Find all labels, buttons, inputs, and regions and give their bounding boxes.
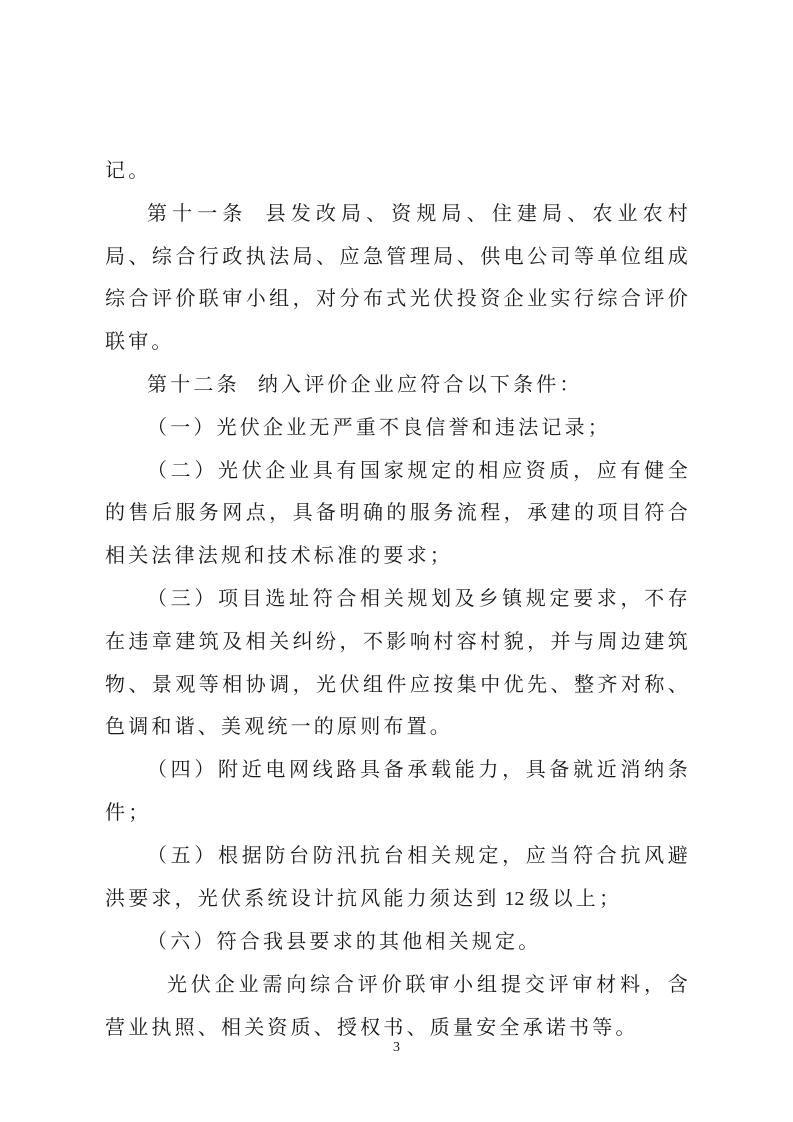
condition-text-tail: 级以上；: [529, 886, 622, 910]
document-page: 记。 第十一条县发改局、资规局、住建局、农业农村局、综合行政执法局、应急管理局、…: [105, 149, 691, 1049]
condition-item-1: （一）光伏企业无严重不良信誉和违法记录；: [105, 406, 691, 449]
page-number: 3: [0, 1040, 793, 1056]
condition-item-6: （六）符合我县要求的其他相关规定。: [105, 920, 691, 963]
article-number: 第十一条: [147, 201, 248, 225]
article-text: 纳入评价企业应符合以下条件：: [258, 372, 583, 396]
submission-materials-paragraph: 光伏企业需向综合评价联审小组提交评审材料，含营业执照、相关资质、授权书、质量安全…: [105, 963, 691, 1049]
condition-item-2: （二）光伏企业具有国家规定的相应资质，应有健全的售后服务网点，具备明确的服务流程…: [105, 449, 691, 577]
article-11-paragraph: 第十一条县发改局、资规局、住建局、农业农村局、综合行政执法局、应急管理局、供电公…: [105, 192, 691, 363]
condition-item-3: （三）项目选址符合相关规划及乡镇规定要求，不存在违章建筑及相关纠纷，不影响村容村…: [105, 577, 691, 748]
condition-item-5: （五）根据防台防汛抗台相关规定，应当符合抗风避洪要求，光伏系统设计抗风能力须达到…: [105, 834, 691, 921]
article-number: 第十二条: [147, 372, 240, 396]
paragraph-continuation: 记。: [105, 149, 691, 192]
wind-level-number: 12: [499, 888, 529, 910]
article-12-paragraph: 第十二条纳入评价企业应符合以下条件：: [105, 363, 691, 406]
condition-item-4: （四）附近电网线路具备承载能力，具备就近消纳条件；: [105, 748, 691, 834]
